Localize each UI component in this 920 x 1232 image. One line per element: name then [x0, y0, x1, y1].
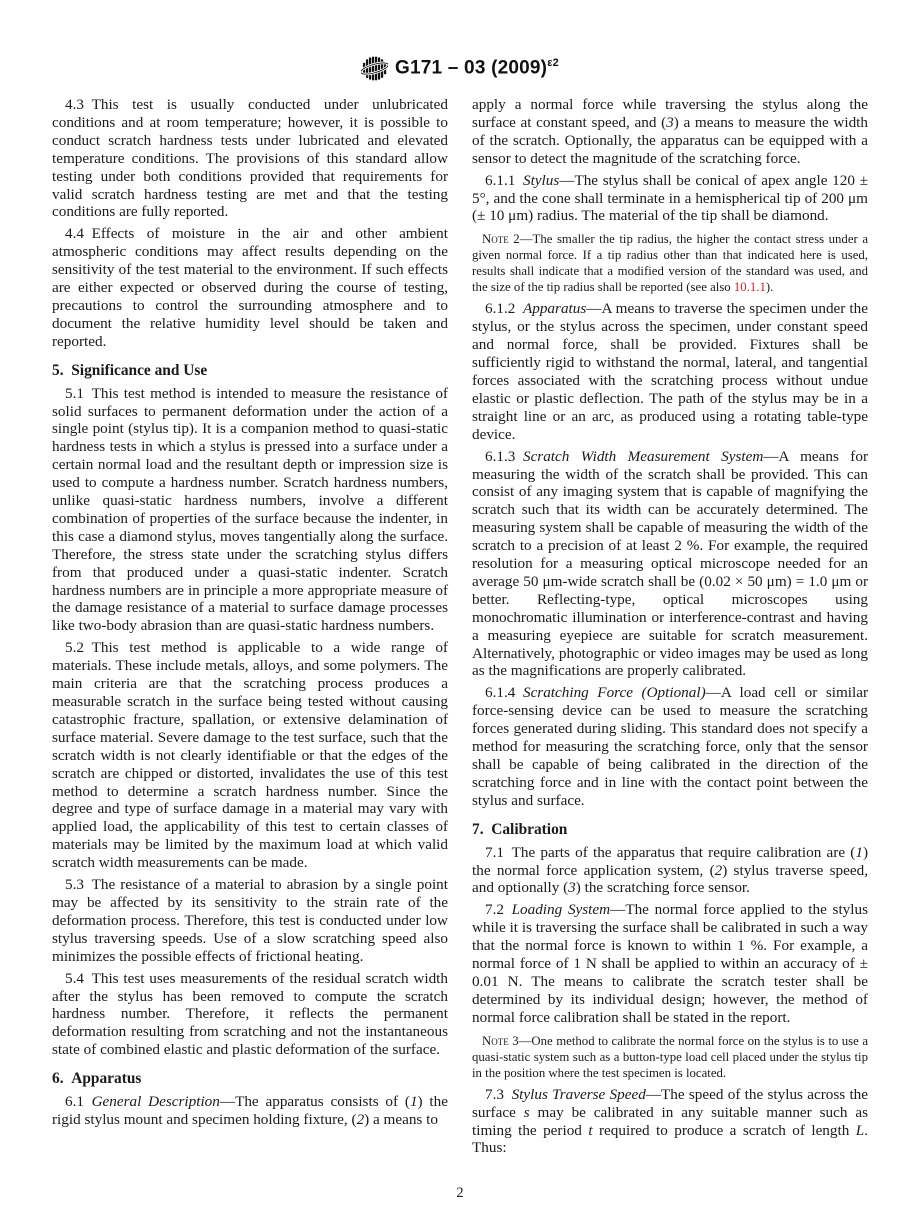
text-run: —A means for measuring the width of the … — [472, 448, 868, 680]
body-paragraph: 7.1 The parts of the apparatus that requ… — [472, 844, 868, 898]
text-run: ) a means to — [364, 1111, 438, 1128]
text-run: Stylus — [523, 172, 559, 189]
page-number: 2 — [456, 1185, 463, 1201]
note-paragraph: Note 2—The smaller the tip radius, the h… — [472, 231, 868, 295]
standard-designation-text: G171 – 03 (2009) — [395, 57, 547, 78]
standard-designation: G171 – 03 (2009)ε2 — [395, 57, 559, 79]
text-run: General Description — [92, 1093, 220, 1110]
text-run: ). — [766, 280, 773, 294]
text-run: Apparatus — [523, 300, 586, 317]
text-run: required to produce a scratch of length — [593, 1122, 856, 1139]
right-column: apply a normal force while traversing th… — [472, 96, 868, 1157]
text-run: 1 — [410, 1093, 418, 1110]
two-column-body: 4.3 This test is usually conducted under… — [52, 96, 868, 1157]
cross-reference-link[interactable]: 10.1.1 — [734, 280, 766, 294]
text-run: 6.1 — [65, 1093, 92, 1110]
astm-logo-icon — [361, 55, 388, 82]
text-run: 6.1.1 — [485, 172, 523, 189]
text-run: Note 3 — [482, 1034, 519, 1048]
text-run: 5.4 This test uses measurements of the r… — [52, 970, 448, 1059]
text-run: Stylus Traverse Speed — [512, 1086, 646, 1103]
body-paragraph: 6.1 General Description—The apparatus co… — [52, 1093, 448, 1129]
section-heading: 7. Calibration — [472, 821, 868, 839]
text-run: 4.4 Effects of moisture in the air and o… — [52, 225, 448, 349]
note-paragraph: Note 3—One method to calibrate the norma… — [472, 1033, 868, 1081]
body-paragraph: 6.1.1 Stylus—The stylus shall be conical… — [472, 172, 868, 226]
text-run: Scratch Width Measurement System — [523, 448, 763, 465]
text-run: 5.3 The resistance of a material to abra… — [52, 876, 448, 965]
text-run: 5.1 This test method is intended to meas… — [52, 385, 448, 635]
text-run: —The smaller the tip radius, the higher … — [472, 232, 868, 294]
text-run: Note 2 — [482, 232, 520, 246]
text-run: 7.1 The parts of the apparatus that requ… — [485, 844, 855, 861]
text-run: 4.3 This test is usually conducted under… — [52, 96, 448, 220]
text-run: 5.2 This test method is applicable to a … — [52, 639, 448, 871]
body-paragraph: 5.1 This test method is intended to meas… — [52, 385, 448, 636]
text-run: 7.3 — [485, 1086, 512, 1103]
section-heading: 5. Significance and Use — [52, 362, 448, 380]
text-run: 6.1.3 — [485, 448, 523, 465]
page-header: G171 – 03 (2009)ε2 — [52, 50, 868, 86]
body-paragraph: 7.2 Loading System—The normal force appl… — [472, 901, 868, 1026]
page-footer: 2 — [0, 1185, 920, 1202]
body-paragraph: 6.1.2 Apparatus—A means to traverse the … — [472, 300, 868, 443]
text-run: Scratching Force (Optional) — [523, 684, 706, 701]
text-run: —One method to calibrate the normal forc… — [472, 1034, 868, 1080]
section-heading: 6. Apparatus — [52, 1070, 448, 1088]
text-run: 7.2 — [485, 901, 512, 918]
text-run: Loading System — [512, 901, 611, 918]
text-run: 3 — [568, 879, 576, 896]
body-paragraph: apply a normal force while traversing th… — [472, 96, 868, 168]
designation-errata-superscript: ε2 — [547, 57, 559, 69]
body-paragraph: 5.2 This test method is applicable to a … — [52, 639, 448, 872]
body-paragraph: 5.4 This test uses measurements of the r… — [52, 970, 448, 1060]
text-run: ) the scratching force sensor. — [576, 879, 750, 896]
body-paragraph: 7.3 Stylus Traverse Speed—The speed of t… — [472, 1086, 868, 1158]
text-run: L — [856, 1122, 864, 1139]
text-run: 3 — [666, 114, 674, 131]
body-paragraph: 4.3 This test is usually conducted under… — [52, 96, 448, 221]
text-run: —The normal force applied to the stylus … — [472, 901, 868, 1025]
body-paragraph: 5.3 The resistance of a material to abra… — [52, 876, 448, 966]
document-page: G171 – 03 (2009)ε2 4.3 This test is usua… — [0, 0, 920, 1157]
text-run: 6.1.2 — [485, 300, 523, 317]
text-run: 1 — [855, 844, 863, 861]
text-run: —The apparatus consists of ( — [220, 1093, 410, 1110]
text-run: —A load cell or similar force-sensing de… — [472, 684, 868, 808]
body-paragraph: 6.1.3 Scratch Width Measurement System—A… — [472, 448, 868, 681]
text-run: 6.1.4 — [485, 684, 523, 701]
left-column: 4.3 This test is usually conducted under… — [52, 96, 448, 1157]
body-paragraph: 4.4 Effects of moisture in the air and o… — [52, 225, 448, 350]
body-paragraph: 6.1.4 Scratching Force (Optional)—A load… — [472, 684, 868, 809]
text-run: —A means to traverse the specimen under … — [472, 300, 868, 442]
